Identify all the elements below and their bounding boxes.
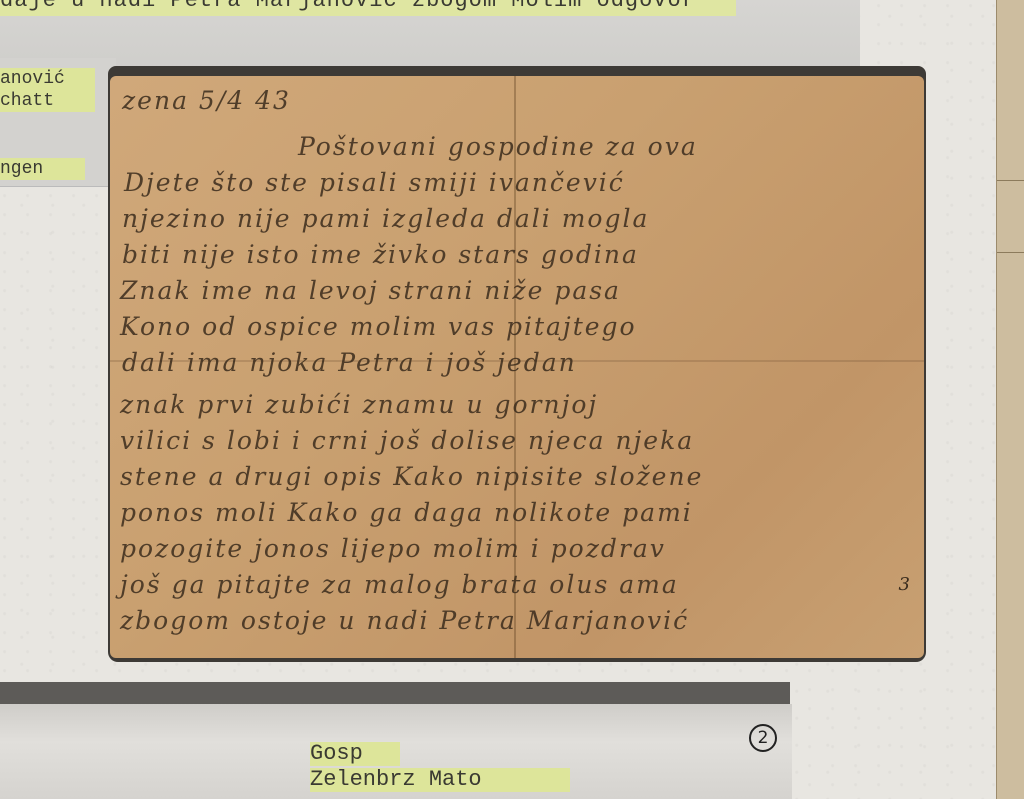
adjacent-document-edge — [996, 0, 1024, 799]
letter-line: Kono od ospice molim vas pitajtego — [120, 312, 637, 341]
letter-line: pozogite jonos lijepo molim i pozdrav — [120, 534, 666, 563]
letter-line: biti nije isto ime živko stars godina — [122, 240, 639, 269]
page-number-circle: 2 — [749, 724, 777, 752]
letter-line: dali ima njoka Petra i još jedan — [122, 348, 577, 377]
letter-line: Znak ime na levoj strani niže pasa — [120, 276, 621, 305]
letter-line: vilici s lobi i crni još dolise njeca nj… — [120, 426, 694, 455]
transcription-line: daje u nadi Petra Marjanović zbogom Moli… — [0, 0, 736, 16]
transcription-line: anović — [0, 68, 95, 90]
transcription-line: chatt — [0, 90, 95, 112]
letter-line: zbogom ostoje u nadi Petra Marjanović — [120, 606, 689, 635]
transcription-sheet-left: anović chatt ngen — [0, 58, 116, 187]
letter-line: Djete što ste pisali smiji ivančević — [124, 168, 625, 197]
page-mark: 3 — [899, 574, 910, 595]
letter-line: znak prvi zubići znamu u gornjoj — [120, 390, 598, 419]
letter-line: njezino nije pami izgleda dali mogla — [122, 204, 649, 233]
address-line: Gosp — [310, 742, 400, 766]
letter-line: još ga pitajte za malog brata olus ama — [120, 570, 679, 599]
handwritten-postcard: zena 5/4 43 Poštovani gospodine za ova D… — [110, 76, 924, 658]
transcription-sheet-top: daje u nadi Petra Marjanović zbogom Moli… — [0, 0, 860, 71]
transcription-line: ngen — [0, 158, 85, 180]
letter-line: stene a drugi opis Kako nipisite složene — [120, 462, 703, 491]
letter-line: ponos moli Kako ga daga nolikote pami — [120, 498, 693, 527]
address-line: Zelenbrz Mato — [310, 768, 570, 792]
letter-line: zena 5/4 43 — [122, 86, 291, 115]
letter-line: Poštovani gospodine za ova — [298, 132, 698, 161]
